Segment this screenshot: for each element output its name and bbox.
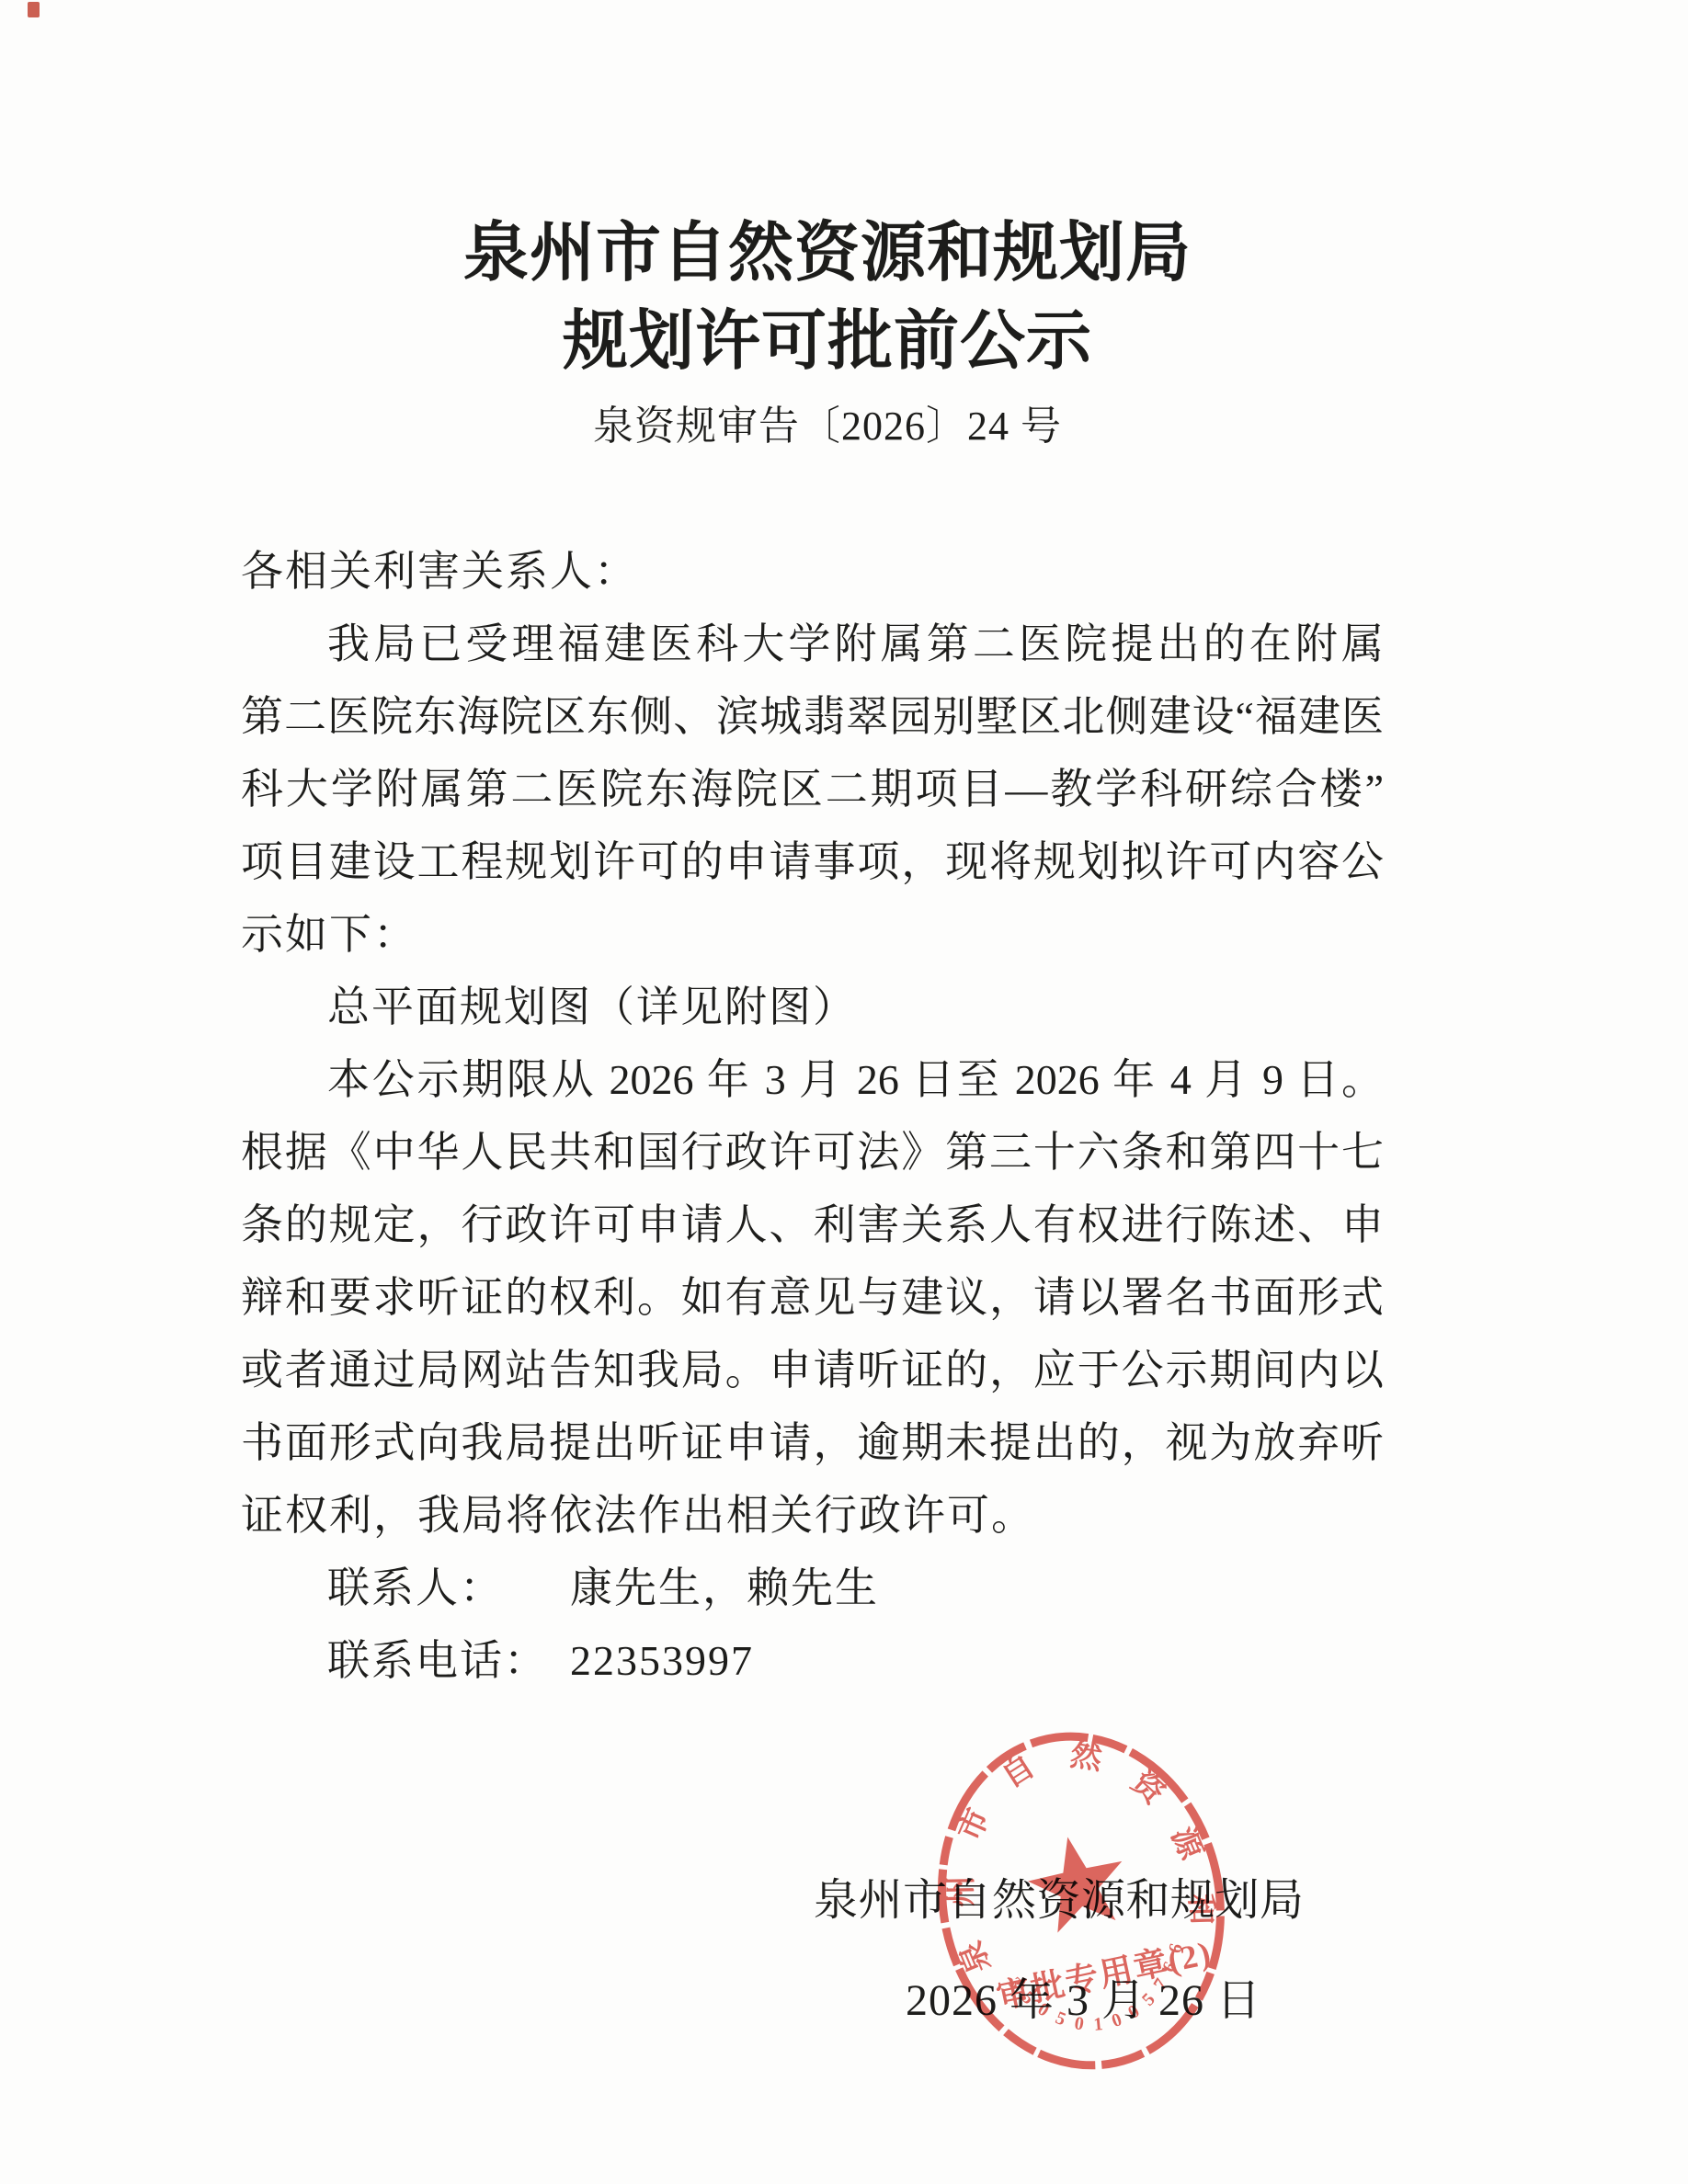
title-line-2: 规划许可批前公示 xyxy=(0,298,1655,386)
body-line: 各相关利害关系人： xyxy=(241,535,1384,608)
body-line: 科大学附属第二医院东海院区二期项目—教学科研综合楼” xyxy=(241,753,1384,825)
title-line-1: 泉州市自然资源和规划局 xyxy=(0,210,1655,298)
body-line: 本公示期限从 2026 年 3 月 26 日至 2026 年 4 月 9 日。 xyxy=(241,1043,1384,1116)
body-line: 书面形式向我局提出听证申请，逾期未提出的，视为放弃听 xyxy=(241,1406,1384,1479)
body-line: 第二医院东海院区东侧、滨城翡翠园别墅区北侧建设“福建医 xyxy=(241,680,1384,753)
scan-artifact-dot xyxy=(28,2,40,17)
document-title: 泉州市自然资源和规划局 规划许可批前公示 xyxy=(0,210,1655,386)
body-line: 示如下： xyxy=(241,898,1384,971)
body-line: 辩和要求听证的权利。如有意见与建议，请以署名书面形式 xyxy=(241,1261,1384,1334)
document-body: 各相关利害关系人： 我局已受理福建医科大学附属第二医院提出的在附属 第二医院东海… xyxy=(241,535,1384,1697)
document-number: 泉资规审告〔2026〕24 号 xyxy=(0,401,1655,452)
phone-line: 联系电话：22353997 xyxy=(241,1624,1384,1697)
body-line: 条的规定，行政许可申请人、利害关系人有权进行陈述、申 xyxy=(241,1189,1384,1261)
phone-value: 22353997 xyxy=(570,1637,754,1684)
document-page: 泉州市自然资源和规划局 规划许可批前公示 泉资规审告〔2026〕24 号 各相关… xyxy=(0,0,1688,2184)
official-seal: 泉州市自然资源和规划局 审批专用章(2) 350501005766 xyxy=(897,1699,1265,2103)
phone-label: 联系电话： xyxy=(327,1637,548,1684)
contact-value: 康先生，赖先生 xyxy=(570,1564,879,1611)
body-line: 项目建设工程规划许可的申请事项，现将规划拟许可内容公 xyxy=(241,825,1384,898)
body-line: 或者通过局网站告知我局。申请听证的，应于公示期间内以 xyxy=(241,1334,1384,1406)
body-line: 我局已受理福建医科大学附属第二医院提出的在附属 xyxy=(241,608,1384,680)
body-line: 证权利，我局将依法作出相关行政许可。 xyxy=(241,1479,1384,1552)
body-line: 根据《中华人民共和国行政许可法》第三十六条和第四十七 xyxy=(241,1116,1384,1189)
contact-label: 联系人： xyxy=(327,1564,504,1611)
body-line: 总平面规划图（详见附图） xyxy=(241,971,1384,1043)
seal-star-icon xyxy=(1021,1827,1134,1937)
contact-line: 联系人：康先生，赖先生 xyxy=(241,1552,1384,1624)
